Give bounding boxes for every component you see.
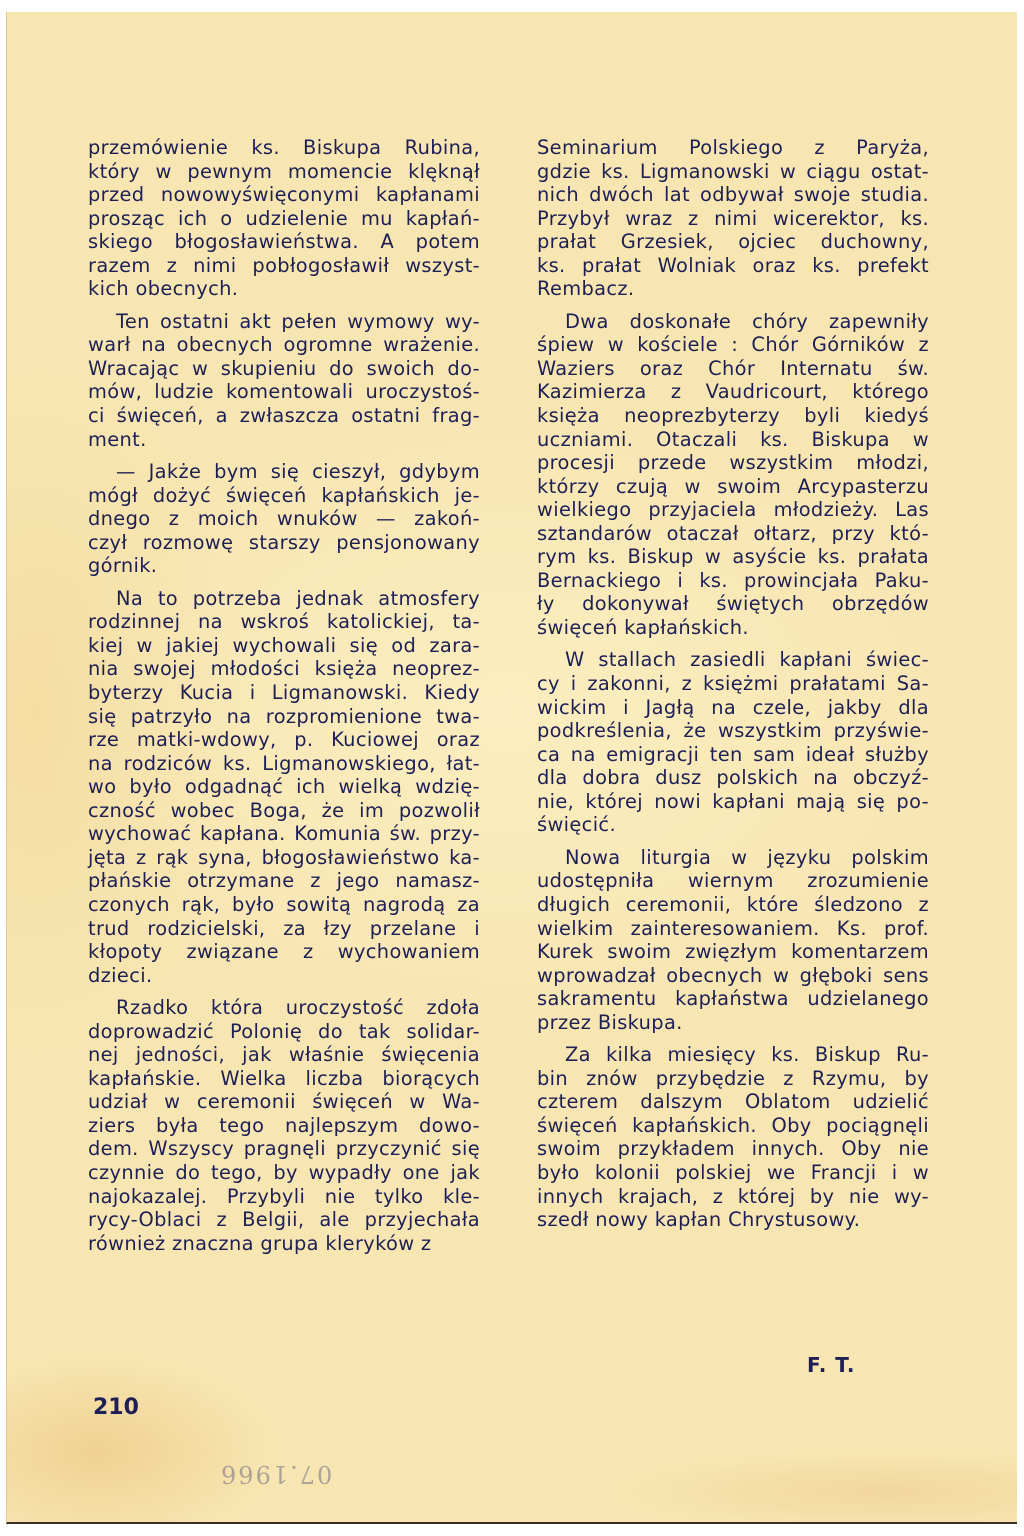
text-line: przez Biskupa. xyxy=(537,1011,929,1035)
text-line: czył rozmowę starszy pensjonowany xyxy=(88,531,480,555)
paragraph: Rzadko która uroczystość zdoładoprowadzi… xyxy=(88,996,480,1255)
text-line: Przybył wraz z nimi wicerektor, ks. xyxy=(537,207,929,231)
page-number: 210 xyxy=(93,1395,139,1420)
text-line: mów, ludzie komentowali uroczystoś- xyxy=(88,380,480,404)
text-line: trud rodzicielski, za łzy przelane i xyxy=(88,917,480,941)
text-line: sztandarów otaczał ołtarz, przy któ- xyxy=(537,522,929,546)
text-line: księża neoprezbyterzy byli kiedyś xyxy=(537,404,929,428)
text-line: Waziers oraz Chór Internatu św. xyxy=(537,357,929,381)
text-line: czność wobec Boga, że im pozwolił xyxy=(88,799,480,823)
paragraph: W stallach zasiedli kapłani świec-cy i z… xyxy=(537,648,929,836)
text-line: czonych rąk, było sowitą nagrodą za xyxy=(88,893,480,917)
right-column: Seminarium Polskiego z Paryża,gdzie ks. … xyxy=(537,136,929,1232)
text-line: najokazalej. Przybyli nie tylko kle- xyxy=(88,1185,480,1209)
text-line: kiej w jakiej wychowali się od zara- xyxy=(88,634,480,658)
text-line: mógł dożyć święceń kapłańskich je- xyxy=(88,484,480,508)
author-signature: F. T. xyxy=(807,1353,856,1377)
text-line: kich obecnych. xyxy=(88,277,480,301)
paragraph: — Jakże bym się cieszył, gdybymmógł doży… xyxy=(88,460,480,578)
text-line: Wracając w skupieniu do swoich do- xyxy=(88,357,480,381)
text-line: jęta z rąk syna, błogosławieństwo ka- xyxy=(88,846,480,870)
text-line: W stallach zasiedli kapłani świec- xyxy=(537,648,929,672)
text-line: przemówienie ks. Biskupa Rubina, xyxy=(88,136,480,160)
text-line: innych krajach, z której by nie wy- xyxy=(537,1185,929,1209)
paragraph: Ten ostatni akt pełen wymowy wy-warł na … xyxy=(88,310,480,451)
left-column: przemówienie ks. Biskupa Rubina,który w … xyxy=(88,136,480,1255)
text-line: się patrzyło na rozpromienione twa- xyxy=(88,705,480,729)
text-line: Bernackiego i ks. prowincjała Paku- xyxy=(537,569,929,593)
text-line: Dwa doskonałe chóry zapewniły xyxy=(537,310,929,334)
text-line: Rembacz. xyxy=(537,277,929,301)
text-line: płańskie otrzymane z jego namasz- xyxy=(88,869,480,893)
text-line: doprowadzić Polonię do tak solidar- xyxy=(88,1020,480,1044)
text-line: wo było odgadnąć ich wielką wdzię- xyxy=(88,775,480,799)
handwritten-pencil-note: 07.1966 xyxy=(219,1460,332,1488)
paragraph: Seminarium Polskiego z Paryża,gdzie ks. … xyxy=(537,136,929,301)
text-line: Na to potrzeba jednak atmosfery xyxy=(88,587,480,611)
text-line: nia swojej młodości księża neoprez- xyxy=(88,657,480,681)
text-line: szedł nowy kapłan Chrystusowy. xyxy=(537,1208,929,1232)
text-line: byterzy Kucia i Ligmanowski. Kiedy xyxy=(88,681,480,705)
text-line: ks. prałat Wolniak oraz ks. prefekt xyxy=(537,254,929,278)
text-line: również znaczna grupa kleryków z xyxy=(88,1232,480,1256)
text-line: Kurek swoim zwięzłym komentarzem xyxy=(537,940,929,964)
text-line: sakramentu kapłaństwa udzielanego xyxy=(537,987,929,1011)
text-line: gdzie ks. Ligmanowski w ciągu ostat- xyxy=(537,160,929,184)
text-line: którzy czują w swoim Arcypasterzu xyxy=(537,475,929,499)
text-line: Za kilka miesięcy ks. Biskup Ru- xyxy=(537,1043,929,1067)
text-line: rym ks. Biskup w asyście ks. prałata xyxy=(537,545,929,569)
text-line: skiego błogosławieństwa. A potem xyxy=(88,230,480,254)
paragraph: Na to potrzeba jednak atmosferyrodzinnej… xyxy=(88,587,480,987)
text-line: razem z nimi pobłogosławił wszyst- xyxy=(88,254,480,278)
text-line: dzieci. xyxy=(88,964,480,988)
text-line: ły dokonywał świętych obrzędów xyxy=(537,592,929,616)
text-line: czterem dalszym Oblatom udzielić xyxy=(537,1090,929,1114)
text-line: ca na emigracji ten sam ideał służby xyxy=(537,743,929,767)
text-line: Nowa liturgia w języku polskim xyxy=(537,846,929,870)
text-line: święceń kapłańskich. Oby pociągnęli xyxy=(537,1114,929,1138)
paragraph: przemówienie ks. Biskupa Rubina,który w … xyxy=(88,136,480,301)
text-line: przed nowowyświęconymi kapłanami xyxy=(88,183,480,207)
text-line: ment. xyxy=(88,428,480,452)
text-line: ziers była tego najlepszym dowo- xyxy=(88,1114,480,1138)
text-line: dnego z moich wnuków — zakoń- xyxy=(88,507,480,531)
paragraph: Za kilka miesięcy ks. Biskup Ru-bin znów… xyxy=(537,1043,929,1231)
text-line: który w pewnym momencie klęknął xyxy=(88,160,480,184)
text-line: kłopoty związane z wychowaniem xyxy=(88,940,480,964)
text-line: prosząc ich o udzielenie mu kapłań- xyxy=(88,207,480,231)
text-line: wychować kapłana. Komunia św. przy- xyxy=(88,822,480,846)
text-line: święceń kapłańskich. xyxy=(537,616,929,640)
text-line: cy i zakonni, z księżmi prałatami Sa- xyxy=(537,672,929,696)
text-line: wielkiego przyjaciela młodzieży. Las xyxy=(537,498,929,522)
text-line: Ten ostatni akt pełen wymowy wy- xyxy=(88,310,480,334)
text-line: dla dobra dusz polskich na obczyź- xyxy=(537,766,929,790)
text-line: podkreślenia, że wszystkim przyświe- xyxy=(537,719,929,743)
text-line: swoim przykładem innych. Oby nie xyxy=(537,1137,929,1161)
text-line: wielkim zainteresowaniem. Ks. prof. xyxy=(537,917,929,941)
text-line: Rzadko która uroczystość zdoła xyxy=(88,996,480,1020)
text-line: bin znów przybędzie z Rzymu, by xyxy=(537,1067,929,1091)
paragraph: Nowa liturgia w języku polskimudostępnił… xyxy=(537,846,929,1034)
text-line: ci święceń, a zwłaszcza ostatni frag- xyxy=(88,404,480,428)
text-line: Kazimierza z Vaudricourt, którego xyxy=(537,380,929,404)
text-line: udostępniła wiernym zrozumienie xyxy=(537,869,929,893)
text-line: kapłańskie. Wielka liczba biorących xyxy=(88,1067,480,1091)
text-line: Seminarium Polskiego z Paryża, xyxy=(537,136,929,160)
text-line: wickim i Jagłą na czele, jakby dla xyxy=(537,696,929,720)
text-line: górnik. xyxy=(88,554,480,578)
text-line: udział w ceremonii święceń w Wa- xyxy=(88,1090,480,1114)
text-line: rze matki-wdowy, p. Kuciowej oraz xyxy=(88,728,480,752)
text-line: nie, której nowi kapłani mają się po- xyxy=(537,790,929,814)
text-line: — Jakże bym się cieszył, gdybym xyxy=(88,460,480,484)
scanned-page: przemówienie ks. Biskupa Rubina,który w … xyxy=(6,12,1017,1524)
text-line: było kolonii polskiej we Francji i w xyxy=(537,1161,929,1185)
text-line: śpiew w kościele : Chór Górników z xyxy=(537,333,929,357)
text-line: prałat Grzesiek, ojciec duchowny, xyxy=(537,230,929,254)
text-line: rycy-Oblaci z Belgii, ale przyjechała xyxy=(88,1208,480,1232)
text-line: dem. Wszyscy pragnęli przyczynić się xyxy=(88,1137,480,1161)
text-line: wprowadzał obecnych w głęboki sens xyxy=(537,964,929,988)
text-line: warł na obecnych ogromne wrażenie. xyxy=(88,333,480,357)
text-line: rodzinnej na wskroś katolickiej, ta- xyxy=(88,610,480,634)
paragraph: Dwa doskonałe chóry zapewniłyśpiew w koś… xyxy=(537,310,929,640)
text-line: czynnie do tego, by wypadły one jak xyxy=(88,1161,480,1185)
text-line: uczniami. Otaczali ks. Biskupa w xyxy=(537,428,929,452)
text-line: święcić. xyxy=(537,813,929,837)
text-line: na rodziców ks. Ligmanowskiego, łat- xyxy=(88,752,480,776)
text-line: procesji przede wszystkim młodzi, xyxy=(537,451,929,475)
text-line: nej jedności, jak właśnie święcenia xyxy=(88,1043,480,1067)
text-line: nich dwóch lat odbywał swoje studia. xyxy=(537,183,929,207)
text-line: długich ceremonii, które śledzono z xyxy=(537,893,929,917)
